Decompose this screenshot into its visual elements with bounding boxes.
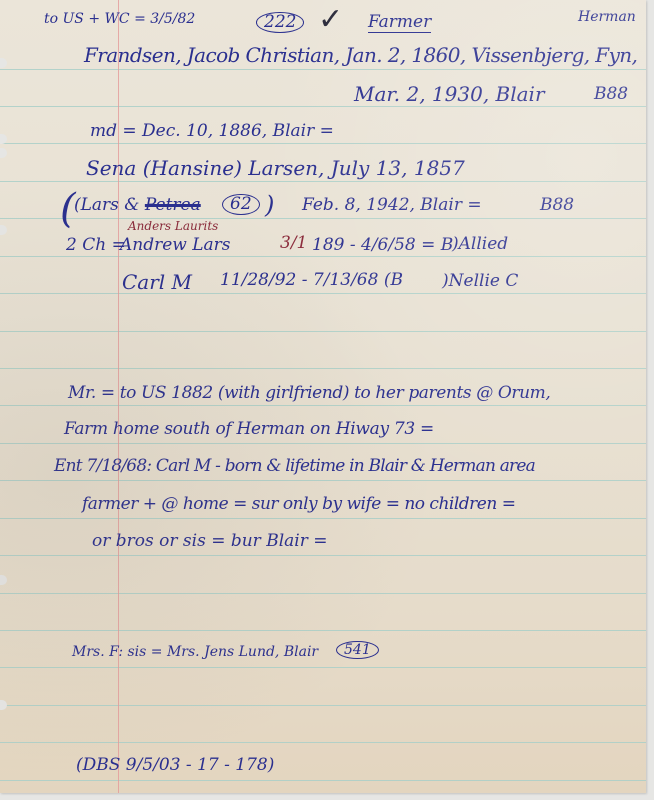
ruled-line bbox=[0, 181, 646, 182]
ruled-line bbox=[0, 780, 646, 781]
spouse-line: Sena (Hansine) Larsen, July 13, 1857 bbox=[86, 158, 465, 178]
subject-name: Frandsen, Jacob Christian bbox=[84, 43, 334, 67]
child-spouse: )Allied bbox=[452, 236, 508, 253]
child-name: Carl M bbox=[122, 272, 192, 292]
ruled-line bbox=[0, 218, 646, 219]
ruled-line bbox=[0, 480, 646, 481]
note-line: Farm home south of Herman on Hiway 73 = bbox=[64, 421, 434, 438]
binder-hole bbox=[0, 700, 7, 710]
spouse-death: Feb. 8, 1942, Blair = bbox=[302, 197, 482, 214]
ruled-line bbox=[0, 368, 646, 369]
ruled-line bbox=[0, 69, 646, 70]
spouse-parents-prefix: (Lars & bbox=[74, 195, 139, 215]
child-dates-prefix: 3/1 bbox=[280, 235, 307, 252]
ruled-line bbox=[0, 331, 646, 332]
source-note: to US + WC = 3/5/82 bbox=[44, 12, 195, 26]
struck-name: Petrea bbox=[145, 195, 201, 215]
ruled-line bbox=[0, 667, 646, 668]
ruled-line bbox=[0, 443, 646, 444]
note-line: or bros or sis = bur Blair = bbox=[92, 533, 327, 550]
ruled-line bbox=[0, 405, 646, 406]
children-label: 2 Ch = bbox=[66, 237, 126, 254]
note-line: Ent 7/18/68: Carl M - born & lifetime in… bbox=[54, 458, 535, 475]
subject-death: Mar. 2, 1930, Blair bbox=[354, 84, 545, 104]
family-note: Mrs. F: sis = Mrs. Jens Lund, Blair bbox=[72, 645, 318, 659]
town: Herman bbox=[578, 10, 636, 24]
ruled-line bbox=[0, 106, 646, 107]
child-dates: 189 - 4/6/58 = B bbox=[312, 237, 453, 254]
ruled-line bbox=[0, 256, 646, 257]
subject-line: Frandsen, Jacob Christian, Jan. 2, 1860,… bbox=[84, 45, 637, 65]
footer-citation: (DBS 9/5/03 - 17 - 178) bbox=[76, 757, 274, 774]
binder-hole bbox=[0, 225, 7, 235]
binder-hole bbox=[0, 58, 7, 68]
binder-hole bbox=[0, 148, 7, 158]
child-spouse: )Nellie C bbox=[442, 273, 518, 290]
note-line: farmer + @ home = sur only by wife = no … bbox=[82, 496, 515, 513]
family-note-ref: 541 bbox=[336, 641, 379, 659]
occupation: Farmer bbox=[368, 14, 431, 33]
ruled-line bbox=[0, 293, 646, 294]
child-name: Andrew Lars bbox=[120, 237, 231, 254]
child-dates: 11/28/92 - 7/13/68 (B bbox=[220, 272, 403, 289]
ruled-line bbox=[0, 555, 646, 556]
subject-birth: , Jan. 2, 1860, Vissenbjerg, Fyn, bbox=[334, 43, 638, 67]
ruled-line bbox=[0, 593, 646, 594]
spouse-age: 62 bbox=[222, 194, 260, 215]
ruled-line bbox=[0, 518, 646, 519]
notebook-page: to US + WC = 3/5/82 222 ✓ Farmer Herman … bbox=[0, 0, 646, 793]
marriage-line: md = Dec. 10, 1886, Blair = bbox=[90, 123, 334, 140]
ruled-line bbox=[0, 705, 646, 706]
binder-hole bbox=[0, 575, 7, 585]
ruled-line bbox=[0, 143, 646, 144]
spouse-parents-line: (Lars & Petrea bbox=[74, 197, 201, 214]
ruled-line bbox=[0, 742, 646, 743]
child-name-correction: Anders Laurits bbox=[128, 220, 218, 232]
subject-cemetery-ref: B88 bbox=[594, 86, 628, 103]
spouse-cemetery-ref: B88 bbox=[540, 197, 574, 214]
note-line: Mr. = to US 1882 (with girlfriend) to he… bbox=[68, 385, 550, 402]
ruled-line bbox=[0, 630, 646, 631]
close-paren: ) bbox=[265, 193, 274, 217]
record-number: 222 bbox=[256, 12, 304, 33]
check-mark-icon: ✓ bbox=[318, 2, 343, 37]
